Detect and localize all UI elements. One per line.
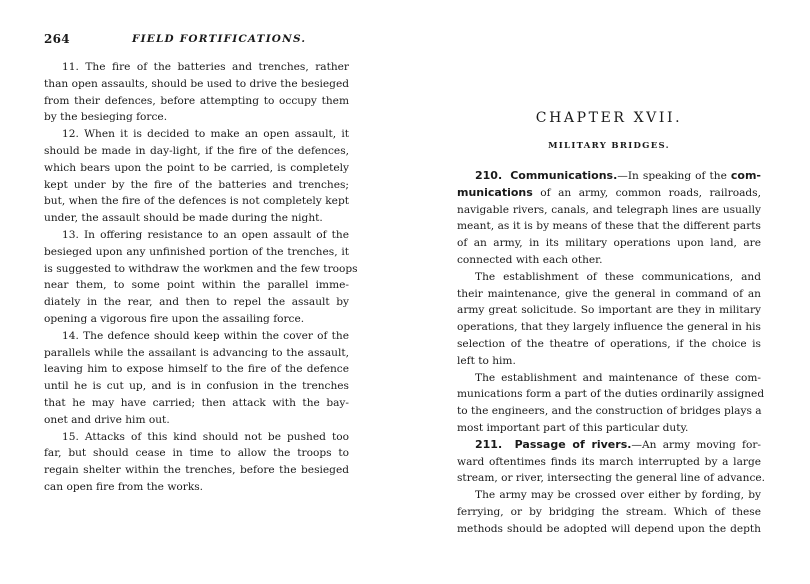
text-line: ferrying, or by bridging the stream. Whi… xyxy=(457,504,761,521)
text-line: by the besieging force. xyxy=(44,109,349,126)
text-line: The army may be crossed over either by f… xyxy=(457,487,761,504)
text-line: selection of the theatre of operations, … xyxy=(457,336,761,353)
paragraph-11: 11. The fire of the batteries and trench… xyxy=(44,59,349,126)
text-line: The establishment and maintenance of the… xyxy=(457,370,761,387)
text-line: besieged upon any unfinished portion of … xyxy=(44,244,349,261)
section-title: Communications. xyxy=(510,169,617,182)
text-line: to the engineers, and the construction o… xyxy=(457,403,761,420)
right-page-body: 210. Communications.—In speaking of the … xyxy=(457,168,761,538)
text-line: leaving him to expose himself to the fir… xyxy=(44,361,349,378)
text-line: of an army, in its military operations u… xyxy=(457,235,761,252)
text-line: left to him. xyxy=(457,353,761,370)
section-number: 211. xyxy=(475,438,502,451)
text-line: 12. When it is decided to make an open a… xyxy=(44,126,349,143)
text-line: that he may have carried; then attack wi… xyxy=(44,395,349,412)
chapter-subtitle: MILITARY BRIDGES. xyxy=(457,141,761,151)
paragraph: The establishment and maintenance of the… xyxy=(457,370,761,437)
text-line: should be made in day-light, if the fire… xyxy=(44,143,349,160)
section-number: 210. xyxy=(475,169,502,182)
paragraph: The establishment of these communication… xyxy=(457,269,761,370)
text-line: which bears upon the point to be carried… xyxy=(44,160,349,177)
text-line: munications of an army, common roads, ra… xyxy=(457,185,761,202)
chapter-heading: CHAPTER XVII. xyxy=(457,110,761,126)
text-line: connected with each other. xyxy=(457,252,761,269)
paragraph-number: 13. xyxy=(62,229,79,241)
text-line: army great solicitude. So important are … xyxy=(457,302,761,319)
paragraph-13: 13. In offering resistance to an open as… xyxy=(44,227,349,328)
text-line: most important part of this particular d… xyxy=(457,420,761,437)
text-line: onet and drive him out. xyxy=(44,412,349,429)
text-line: navigable rivers, canals, and telegraph … xyxy=(457,202,761,219)
running-head-title: FIELD FORTIFICATIONS. xyxy=(132,33,306,45)
text-line: but, when the fire of the defences is no… xyxy=(44,193,349,210)
text-line: stream, or river, intersecting the gener… xyxy=(457,470,761,487)
paragraph: The army may be crossed over either by f… xyxy=(457,487,761,537)
paragraph-15: 15. Attacks of this kind should not be p… xyxy=(44,429,349,496)
text-line: their maintenance, give the general in c… xyxy=(457,286,761,303)
text-line: is suggested to withdraw the workmen and… xyxy=(44,261,349,278)
text-line: meant, as it is by means of these that t… xyxy=(457,218,761,235)
text-line: regain shelter within the trenches, befo… xyxy=(44,462,349,479)
text-line: opening a vigorous fire upon the assaili… xyxy=(44,311,349,328)
page-number: 264 xyxy=(44,32,70,46)
text-line: near them, to some point within the para… xyxy=(44,277,349,294)
paragraph-number: 14. xyxy=(62,330,79,342)
section-title: Passage of rivers. xyxy=(515,438,632,451)
paragraph-number: 15. xyxy=(62,431,79,443)
text-line: 211. Passage of rivers.—An army moving f… xyxy=(457,437,761,454)
text-line: parallels while the assailant is advanci… xyxy=(44,345,349,362)
text-line: 13. In offering resistance to an open as… xyxy=(44,227,349,244)
paragraph-12: 12. When it is decided to make an open a… xyxy=(44,126,349,227)
text-line: from their defences, before attempting t… xyxy=(44,93,349,110)
paragraph-number: 12. xyxy=(62,128,79,140)
text-line: until he is cut up, and is in confusion … xyxy=(44,378,349,395)
text-line: diately in the rear, and then to repel t… xyxy=(44,294,349,311)
text-line: operations, that they largely influence … xyxy=(457,319,761,336)
text-line: ward oftentimes finds its march interrup… xyxy=(457,454,761,471)
text-line: 14. The defence should keep within the c… xyxy=(44,328,349,345)
text-line: munications form a part of the duties or… xyxy=(457,386,761,403)
text-line: can open fire from the works. xyxy=(44,479,349,496)
paragraph-number: 11. xyxy=(62,61,79,73)
left-page-body: 11. The fire of the batteries and trench… xyxy=(44,59,349,496)
running-head: 264 FIELD FORTIFICATIONS. xyxy=(44,32,349,48)
text-line: methods should be adopted will depend up… xyxy=(457,521,761,538)
text-line: 15. Attacks of this kind should not be p… xyxy=(44,429,349,446)
section-211: 211. Passage of rivers.—An army moving f… xyxy=(457,437,761,487)
text-line: The establishment of these communication… xyxy=(457,269,761,286)
text-line: than open assaults, should be used to dr… xyxy=(44,76,349,93)
text-line: 11. The fire of the batteries and trench… xyxy=(44,59,349,76)
text-line: far, but should cease in time to allow t… xyxy=(44,445,349,462)
paragraph-14: 14. The defence should keep within the c… xyxy=(44,328,349,429)
text-line: 210. Communications.—In speaking of the … xyxy=(457,168,761,185)
section-210: 210. Communications.—In speaking of the … xyxy=(457,168,761,269)
text-line: kept under by the fire of the batteries … xyxy=(44,177,349,194)
text-line: under, the assault should be made during… xyxy=(44,210,349,227)
